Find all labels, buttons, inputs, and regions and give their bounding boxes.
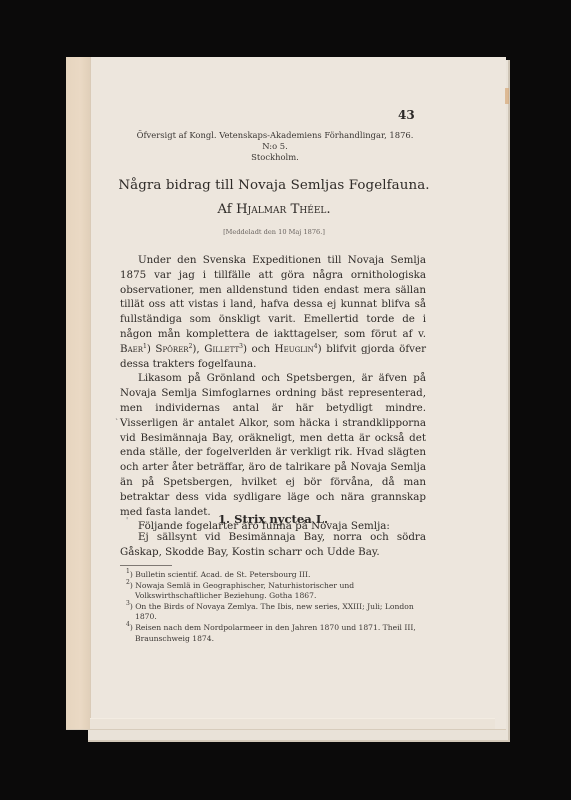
species-description: Ej sällsynt vid Besimännaja Bay, norra o… [120,530,426,560]
name-gillett: Gillett [204,343,239,355]
paragraph-1: Under den Svenska Expeditionen till Nova… [120,253,426,371]
footnote-4: 4) Reisen nach dem Nordpolarmeer in den … [126,623,426,644]
name-baer: Baer [120,343,143,355]
footnote-1: 1) Bulletin scientif. Acad. de St. Peter… [126,570,426,581]
footnote-2: 2) Nowaja Semlä in Geographischer, Natur… [126,581,426,602]
author-prefix: Af [217,202,236,217]
body-text: Under den Svenska Expeditionen till Nova… [120,253,426,534]
footnote-text: ) On the Birds of Novaya Zemlya. The Ibi… [130,602,414,622]
p1-text-c: ), [192,343,204,355]
page-spine-strip [66,57,91,729]
paragraph-2: Likasom på Grönland och Spetsbergen, är … [120,371,426,519]
margin-mark: ` [115,418,119,427]
journal-header-line1: Öfversigt af Kongl. Vetenskaps-Akademien… [130,130,420,152]
page-bottom-edge [90,718,495,730]
footnote-3: 3) On the Birds of Novaya Zemlya. The Ib… [126,602,426,623]
article-author: Af Hjalmar Théel. [118,202,430,217]
author-name: Hjalmar Théel. [236,202,331,217]
footnote-text: ) Nowaja Semlä in Geographischer, Naturh… [130,581,354,601]
footnote-text: ) Reisen nach dem Nordpolarmeer in den J… [130,623,416,643]
footnote-text: ) Bulletin scientif. Acad. de St. Peters… [130,570,311,579]
communicated-date: [Meddeladt den 10 Maj 1876.] [118,228,430,236]
species-heading: 1. Strix nyctea L. [120,512,426,526]
name-sporer: Spörer [155,343,188,355]
species-text: Ej sällsynt vid Besimännaja Bay, norra o… [120,530,426,560]
name-heuglin: Heuglin [275,343,314,355]
page-number: 43 [398,108,415,122]
p1-text-a: Under den Svenska Expeditionen till Nova… [120,254,426,340]
footnote-divider [120,565,172,566]
article-title: Några bidrag till Novaja Semljas Fogelfa… [118,178,430,193]
footnotes: 1) Bulletin scientif. Acad. de St. Peter… [126,570,426,644]
journal-header-line2: Stockholm. [130,152,420,163]
paper-stain [505,88,509,104]
journal-header: Öfversigt af Kongl. Vetenskaps-Akademien… [130,130,420,163]
p1-text-d: ) och [243,343,275,355]
